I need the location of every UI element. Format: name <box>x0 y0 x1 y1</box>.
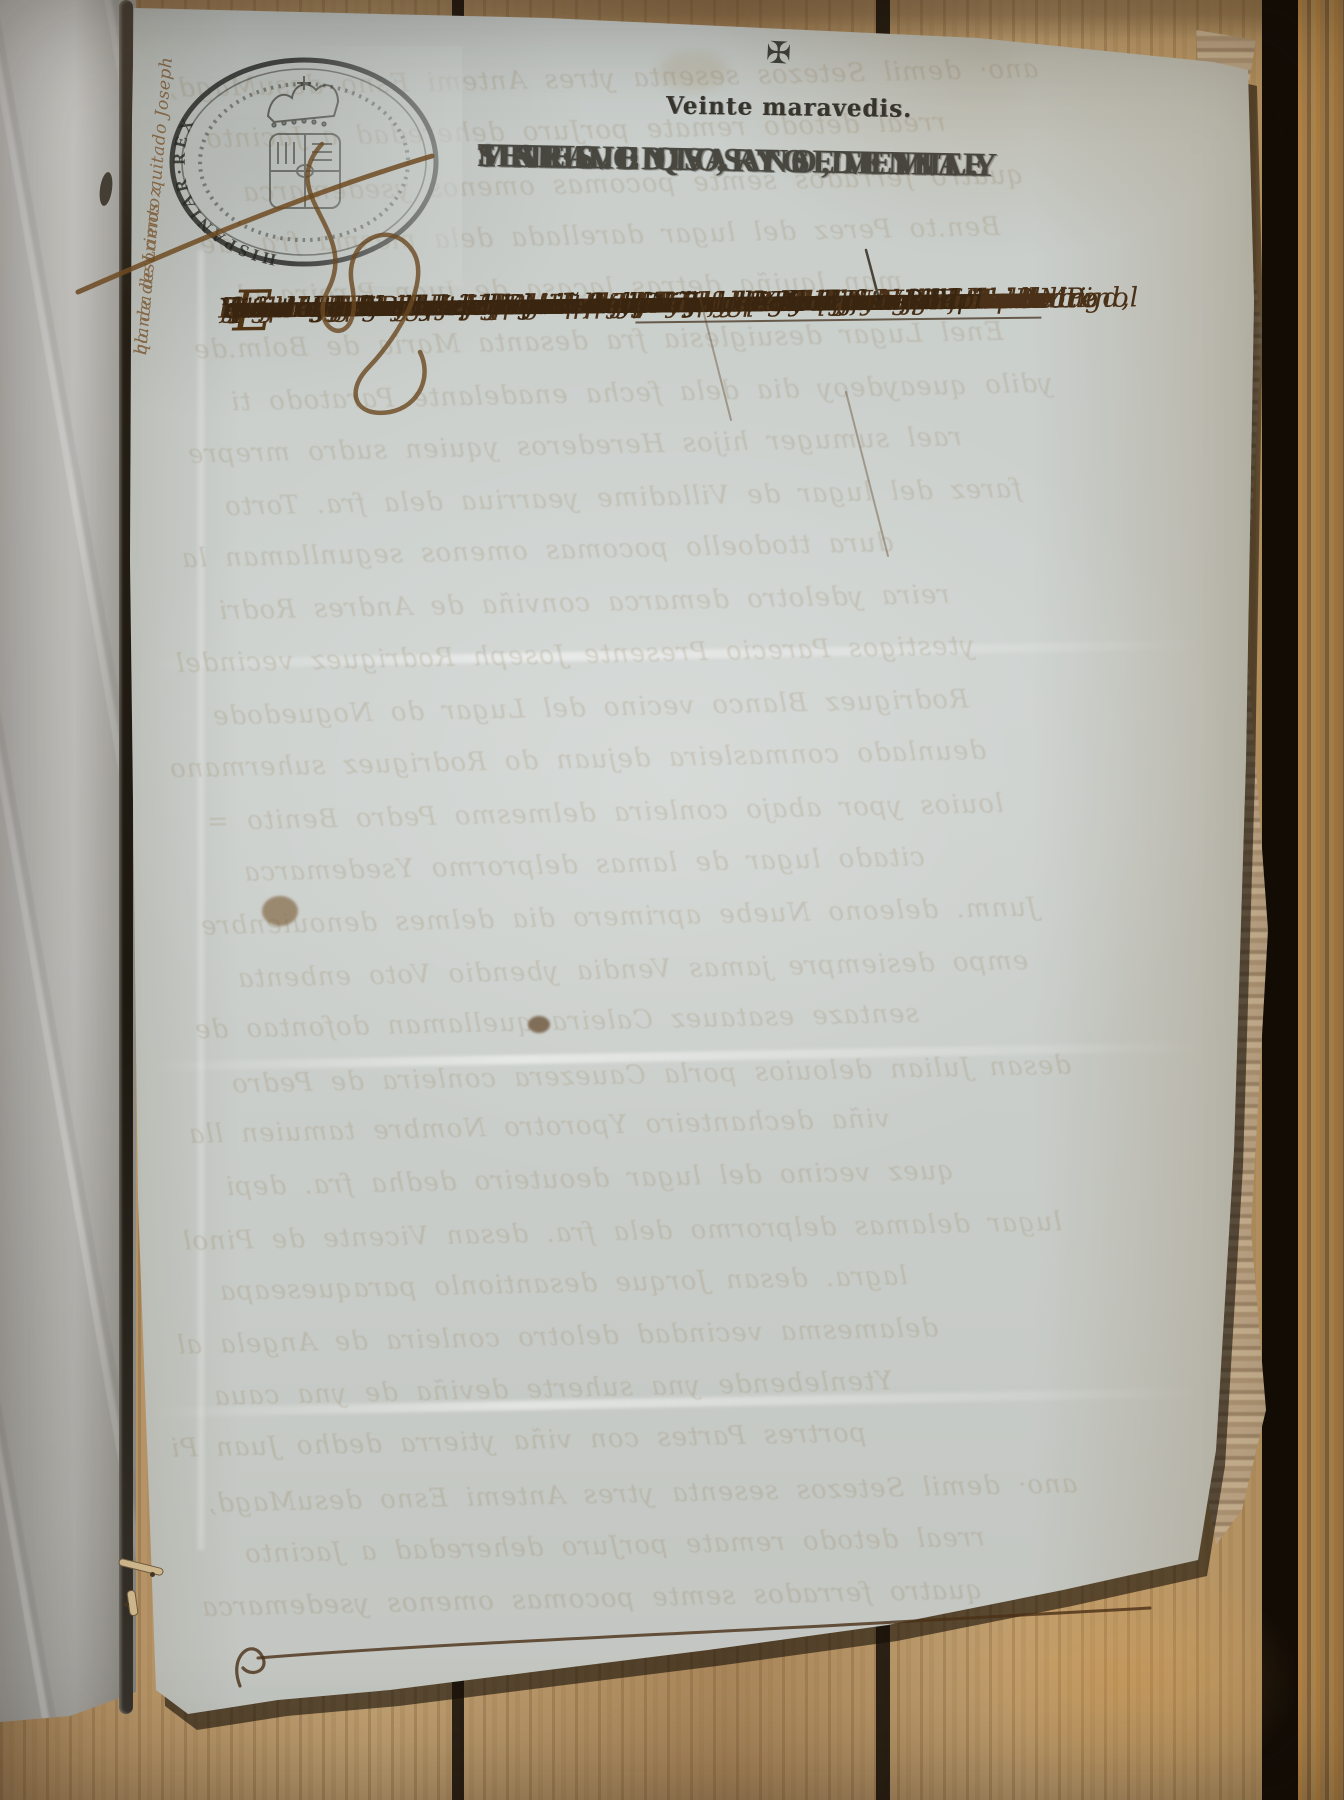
ghost-line: quez vecino del lugar deouteiro dedha fr… <box>225 1156 955 1203</box>
stitch-hole <box>124 1602 129 1607</box>
ghost-line: lugar delamas delprormo dela fra. desan … <box>182 1207 1062 1257</box>
ghost-line: louios ypor abajo conleira delmesmo Pedr… <box>206 789 1004 837</box>
ghost-line: dura ttodoello pocomas omenos segunllama… <box>181 528 894 574</box>
svg-text:HISPANIAR·REX: HISPANIAR·REX <box>170 112 278 269</box>
ghost-line: empo desiempre jamas Vendia ybendio Voto… <box>237 946 1029 994</box>
ghost-line: deunlado conmasleira dejuan do Rodriguez… <box>169 736 987 785</box>
ghost-line: quatro ferrados semte pocomas omenos yse… <box>201 1575 983 1623</box>
manuscript-line: quez vecino del lugar deouteiro dedha fr… <box>224 284 985 345</box>
ghost-line: ydilo queaydeoy dia dela fecha enadelant… <box>230 369 1053 418</box>
ghost-line: ano· demil Setezos sesenta ytres Antemi … <box>207 1469 1078 1519</box>
ghost-line: desan Julian delouios porla Cauezera con… <box>231 1050 1071 1099</box>
wood-plank-right <box>1298 0 1344 1800</box>
ghost-line: Junm. deleono Nuebe aprimero dia delmes … <box>200 893 1038 942</box>
photo-of-manuscript: ano· demil Setezos sesenta ytres Antemi … <box>0 0 1344 1800</box>
ghost-line: ytestigos Parecio Presente Joseph Rodrig… <box>175 631 975 679</box>
ghost-line: farez del lugar de Villadime yearriua de… <box>224 474 1022 522</box>
ghost-line: Ytenlebende yna suherte deviña de yna ca… <box>213 1366 893 1411</box>
stitch-hole <box>150 1572 155 1577</box>
ghost-line: rreal detodo remate porJuro deheredad a … <box>244 1523 985 1570</box>
ghost-line: sentaze esatauez Caleira quellaman dofon… <box>194 999 919 1045</box>
ghost-line: citado lugar de lamas delprormo Ysedemar… <box>243 842 925 887</box>
royal-seal-stamp: HISPANIAR·REX <box>152 46 462 286</box>
printed-cross-icon: ✠ <box>765 35 792 71</box>
ghost-line: reira ydelotro demarca conviña de Andres… <box>218 580 950 627</box>
heading-line: TRES. <box>477 136 620 178</box>
ghost-line: portres Partes con viña ytierra dedho Ju… <box>170 1418 867 1464</box>
ghost-line: rael sumuger hijos Herederos yquien sudr… <box>187 422 962 470</box>
ghost-line: viña dechanteiro Yporotro Nombre tamuien… <box>188 1104 890 1150</box>
facing-blank-page <box>0 0 136 1740</box>
ghost-line: lagra. desan Jorque desantionlo paraques… <box>219 1261 908 1307</box>
seal-ring-text: HISPANIAR·REX <box>170 112 278 269</box>
tax-value-print: Veinte maravedis. <box>666 92 912 124</box>
ghost-line: delamesma vecindad delotro conleira de A… <box>176 1313 939 1360</box>
ghost-line: Rodriguez Blanco vecino del Lugar do Nog… <box>212 684 969 731</box>
binding-fold-gutter <box>119 0 133 1714</box>
